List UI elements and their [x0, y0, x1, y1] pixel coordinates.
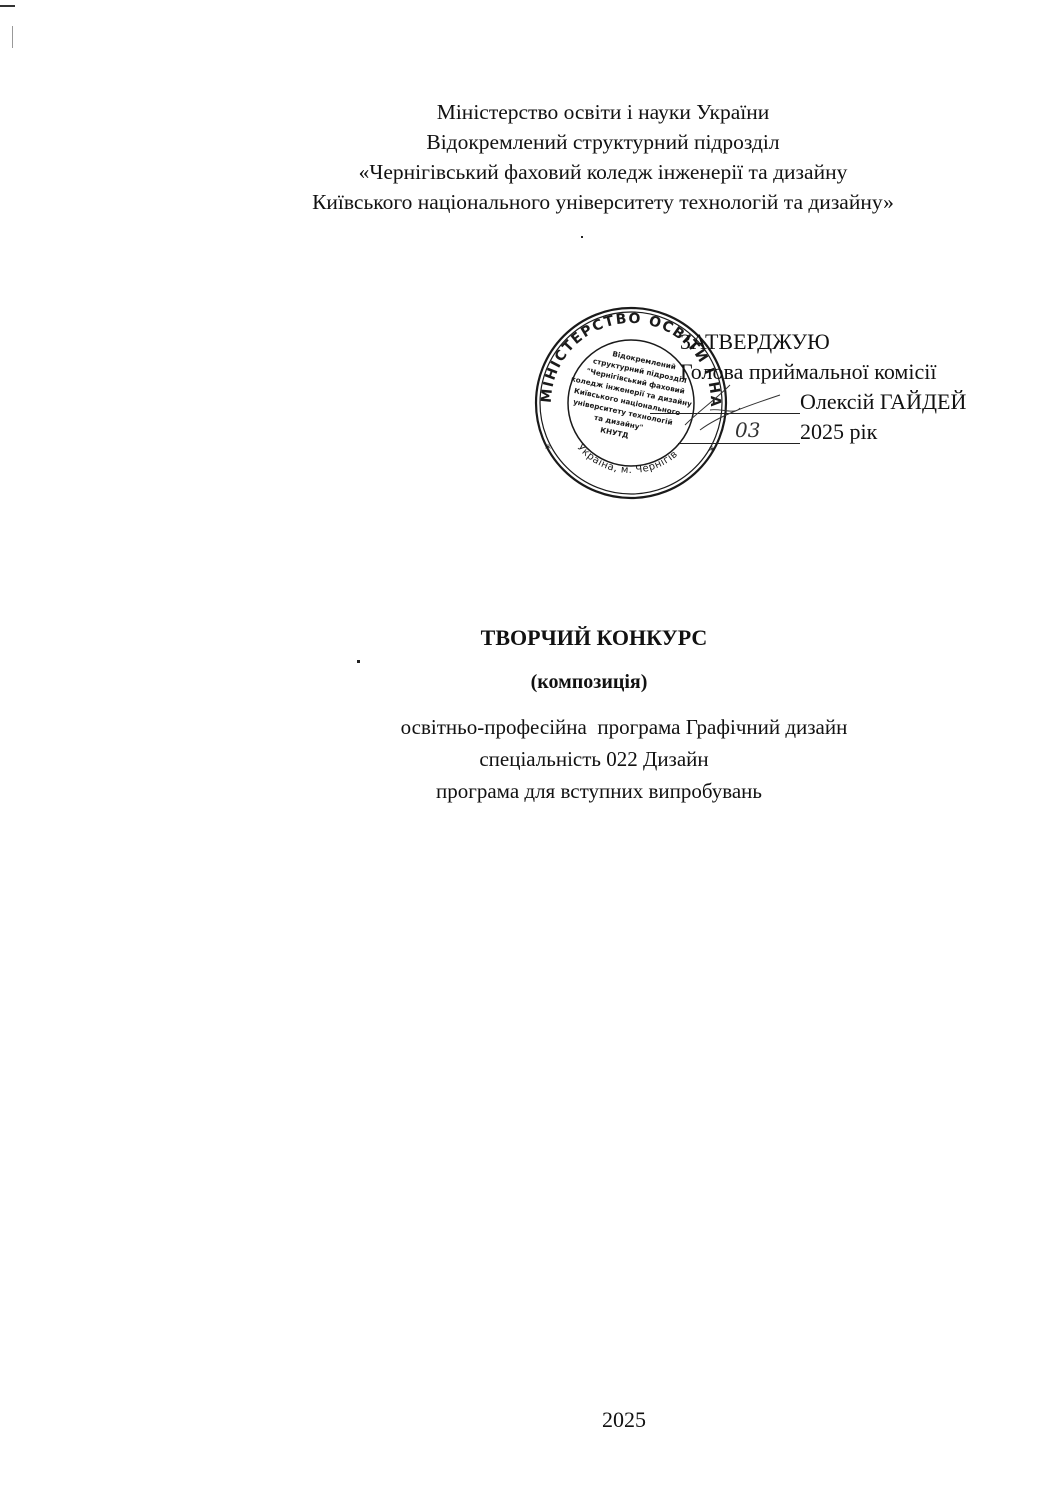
purpose-line: програма для вступних випробувань: [0, 779, 1058, 804]
approver-name: Олексій ГАЙДЕЙ: [800, 387, 966, 417]
document-title: ТВОРЧИЙ КОНКУРС: [0, 625, 1058, 651]
ministry-line: Міністерство освіти і науки України: [0, 97, 1058, 127]
university-line: Київського національного університету те…: [0, 187, 1058, 217]
footer-year: 2025: [0, 1407, 1058, 1433]
scan-artifact-mark: [0, 5, 15, 7]
document-subtitle: (композиція): [0, 671, 1058, 694]
scan-speck: [357, 660, 360, 663]
program-line: освітньо-професійна програма Графічний д…: [0, 715, 1058, 740]
scan-artifact-mark: [12, 26, 13, 48]
institution-header: Міністерство освіти і науки України Відо…: [0, 97, 1058, 217]
signature-icon: [680, 380, 800, 460]
college-line: «Чернігівський фаховий коледж інженерії …: [0, 157, 1058, 187]
unit-line: Відокремлений структурний підрозділ: [0, 127, 1058, 157]
approval-year: 2025 рік: [800, 417, 877, 447]
approve-label: ЗАТВЕРДЖУЮ: [680, 327, 936, 357]
specialty-line: спеціальність 022 Дизайн: [0, 747, 1058, 772]
svg-text:Україна, м. Чернігів: Україна, м. Чернігів: [575, 442, 680, 476]
scan-speck: [581, 236, 583, 238]
stamp-outer-bottom-text: Україна, м. Чернігів: [575, 442, 680, 476]
svg-text:*: *: [545, 442, 551, 456]
